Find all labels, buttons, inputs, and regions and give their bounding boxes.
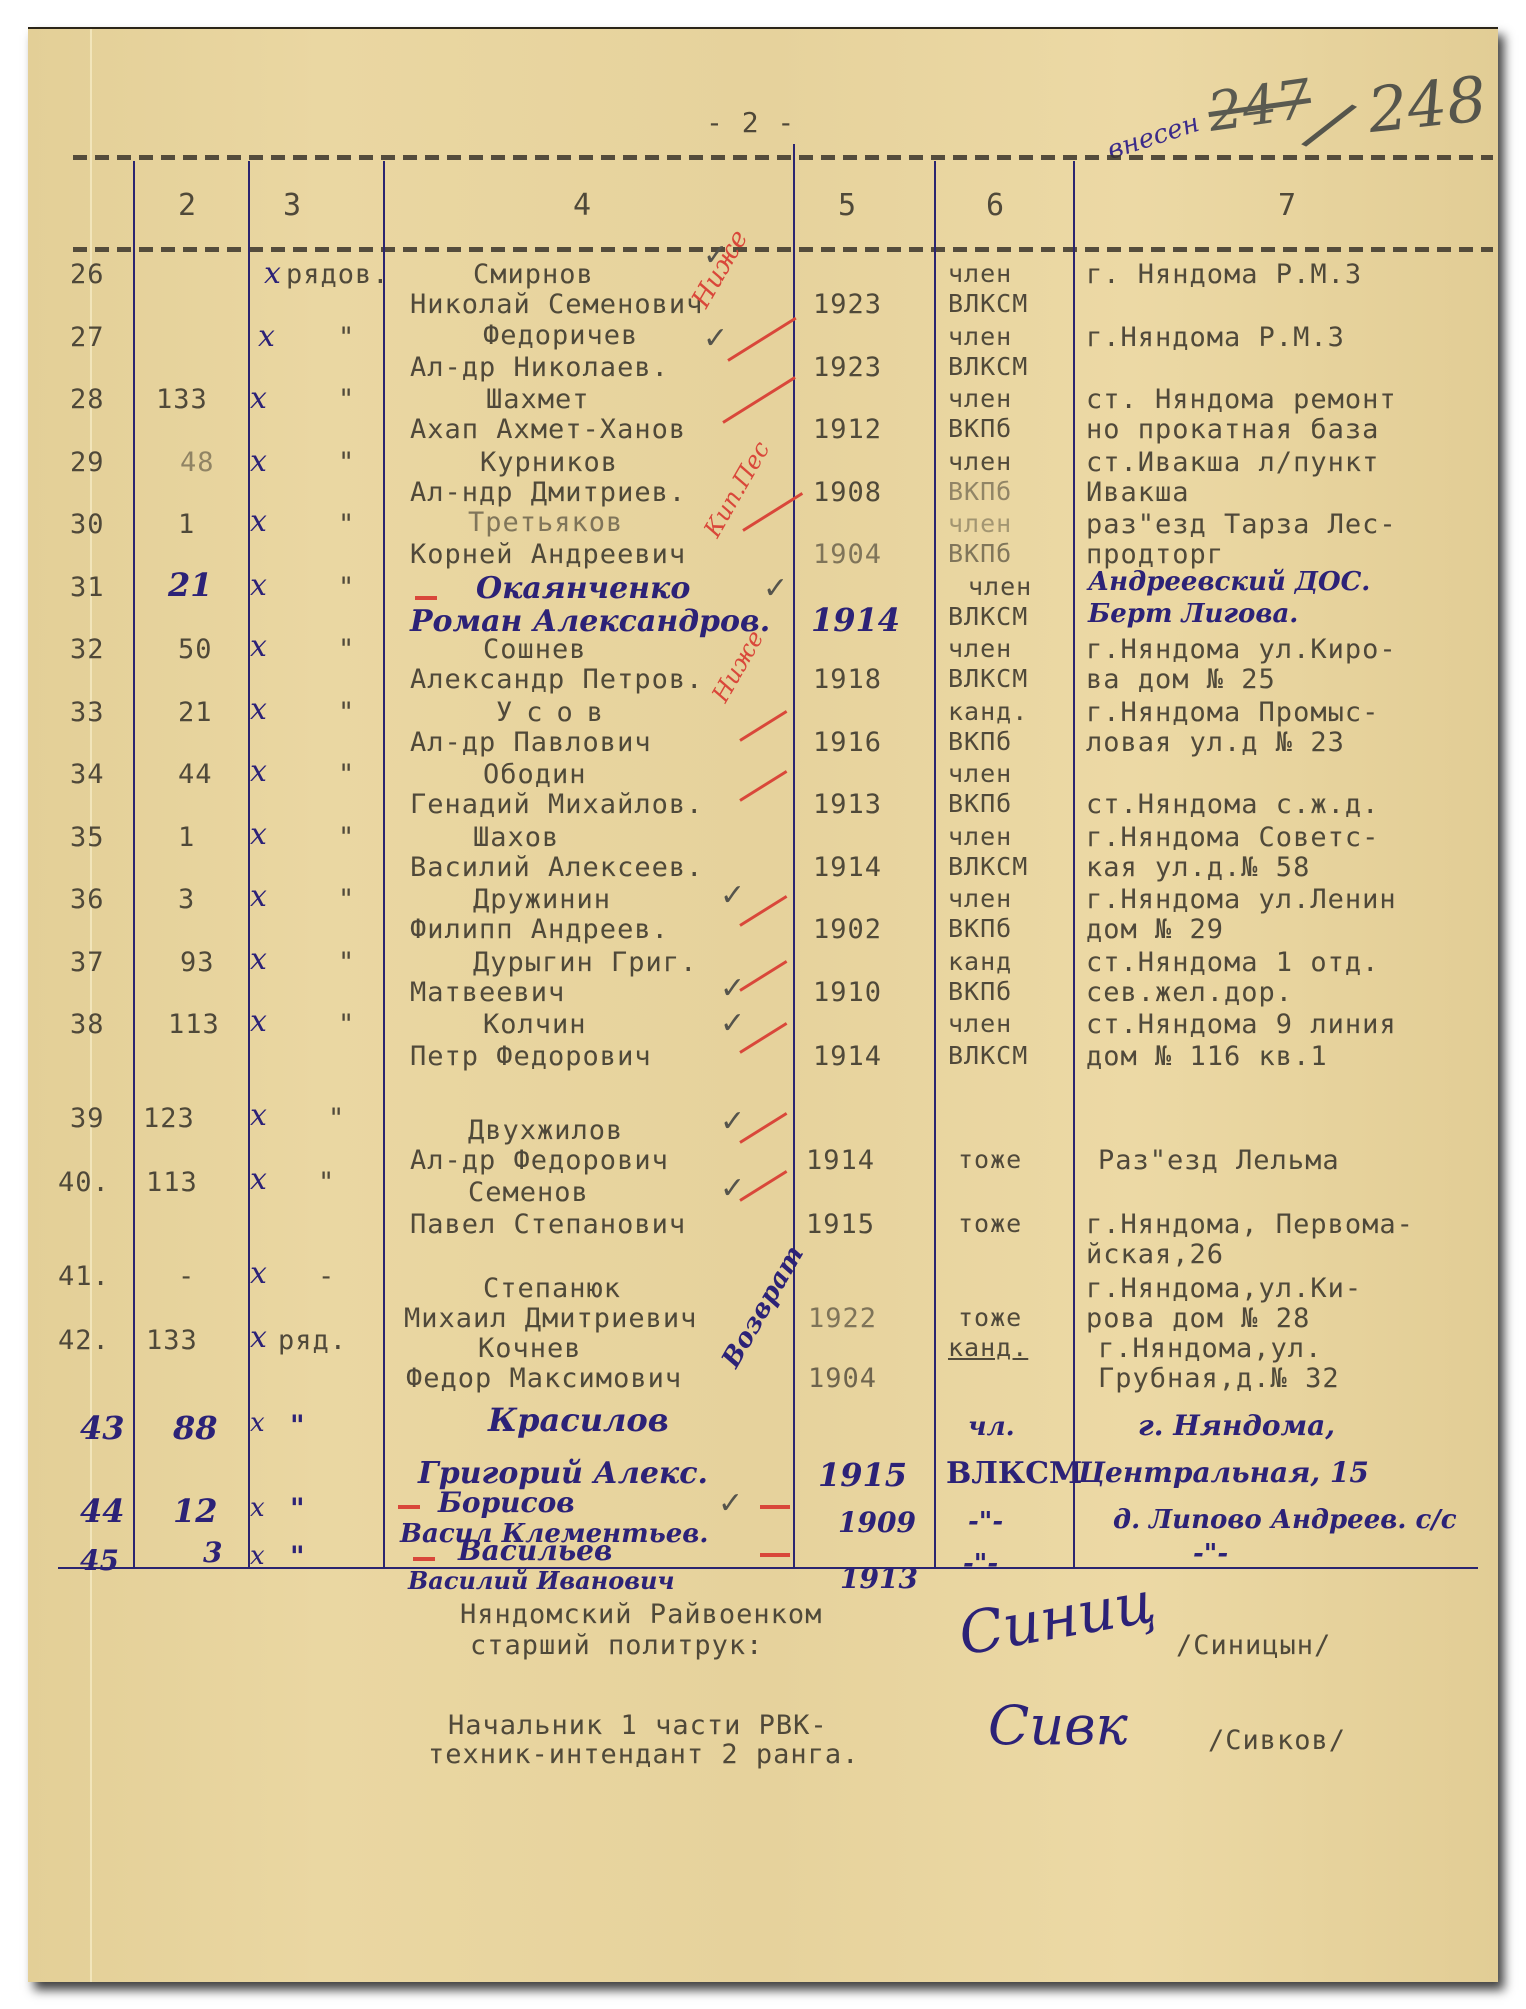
column-header-7: 7 bbox=[1278, 191, 1297, 221]
party-status: канд. bbox=[948, 699, 1028, 724]
rank: " bbox=[290, 1543, 305, 1571]
unit-number: 88 bbox=[173, 1412, 218, 1444]
rank: " bbox=[290, 1412, 305, 1440]
address-line1: г.Няндома ул.Киро- bbox=[1086, 636, 1397, 663]
unit-number: 48 bbox=[180, 449, 215, 476]
table-top-rule bbox=[73, 155, 1493, 160]
signatory-title-4: техник-интендант 2 ранга. bbox=[428, 1741, 859, 1768]
rank: " bbox=[338, 386, 355, 413]
party-status: член bbox=[948, 386, 1012, 411]
address-line2: ловая ул.д № 23 bbox=[1086, 729, 1345, 756]
rank: " bbox=[338, 511, 355, 538]
address-line1: -"- bbox=[1193, 1541, 1228, 1567]
unit-number: 113 bbox=[168, 1011, 220, 1038]
address-line1: г.Няндома, Первома- bbox=[1086, 1211, 1414, 1238]
row-number: 28 bbox=[70, 386, 105, 413]
rank: " bbox=[338, 574, 355, 601]
rank: ряд. bbox=[278, 1327, 347, 1354]
x-mark: x bbox=[250, 447, 267, 477]
party-status: член bbox=[968, 574, 1032, 599]
party-org: тоже bbox=[958, 1211, 1022, 1236]
party-status: член bbox=[948, 261, 1012, 286]
surname: Смирнов bbox=[473, 261, 594, 288]
surname: Третьяков bbox=[468, 509, 623, 536]
column-divider bbox=[1073, 161, 1075, 1567]
table-bottom-line bbox=[58, 1567, 1478, 1569]
row-number: 37 bbox=[70, 949, 105, 976]
party-org: ВЛКСМ bbox=[948, 354, 1028, 379]
party-status: член bbox=[948, 324, 1012, 349]
surname: Красилов bbox=[488, 1404, 669, 1436]
x-mark: x bbox=[250, 507, 267, 537]
address-line2: Грубная,д.№ 32 bbox=[1098, 1365, 1340, 1392]
x-mark: x bbox=[258, 322, 275, 352]
column-divider bbox=[793, 144, 795, 1567]
rank: " bbox=[338, 886, 355, 913]
x-mark: x bbox=[250, 571, 267, 601]
row-number: 36 bbox=[70, 886, 105, 913]
party-org: ВЛКСМ bbox=[948, 1043, 1028, 1068]
surname: Семенов bbox=[468, 1179, 589, 1206]
table-header-rule bbox=[73, 247, 1493, 252]
address-line1: ст. Няндома ремонт bbox=[1086, 386, 1397, 413]
address-line2: но прокатная база bbox=[1086, 416, 1379, 443]
birth-year: 1918 bbox=[813, 666, 882, 693]
rank: " bbox=[338, 324, 355, 351]
red-dash-mark bbox=[760, 1505, 790, 1509]
x-mark: x bbox=[250, 820, 267, 850]
rank: " bbox=[338, 449, 355, 476]
x-mark: x bbox=[264, 259, 281, 289]
x-mark: x bbox=[250, 1410, 265, 1436]
given-name: Филипп Андреев. bbox=[410, 916, 669, 943]
address-line1: ст.Ивакша л/пункт bbox=[1086, 449, 1379, 476]
address-line1: г.Няндома Советс- bbox=[1086, 824, 1379, 851]
surname-handwritten: Окаянченко bbox=[476, 574, 690, 604]
column-header-4: 4 bbox=[573, 191, 592, 221]
row-number: 43 bbox=[80, 1412, 125, 1444]
check-mark: ✓ bbox=[763, 574, 788, 604]
red-dash-mark bbox=[415, 596, 437, 600]
unit-number: 133 bbox=[146, 1327, 198, 1354]
red-ditto-mark bbox=[739, 1022, 787, 1054]
surname: Кочнев bbox=[478, 1335, 582, 1362]
address-line2: продторг bbox=[1086, 541, 1224, 568]
unit-number: 93 bbox=[180, 949, 215, 976]
row-number: 29 bbox=[70, 449, 105, 476]
party-org: ВКПб bbox=[948, 916, 1012, 941]
surname: Ободин bbox=[483, 761, 587, 788]
birth-year: 1910 bbox=[813, 979, 882, 1006]
party-org: тоже bbox=[958, 1305, 1022, 1330]
given-name: Василий Иванович bbox=[408, 1569, 675, 1593]
birth-year: 1923 bbox=[813, 291, 882, 318]
party-org: ВКПб bbox=[948, 791, 1012, 816]
red-ditto-mark bbox=[727, 317, 796, 362]
given-name: Петр Федорович bbox=[410, 1043, 652, 1070]
column-header-5: 5 bbox=[838, 191, 857, 221]
check-mark: ✓ bbox=[720, 881, 745, 911]
surname: Степанюк bbox=[483, 1275, 621, 1302]
red-ditto-mark bbox=[739, 895, 787, 927]
surname: Федоричев bbox=[483, 322, 638, 349]
unit-number: 1 bbox=[178, 824, 195, 851]
given-name: Михаил Дмитриевич bbox=[404, 1305, 697, 1332]
x-mark: x bbox=[250, 1543, 265, 1569]
birth-year: 1914 bbox=[813, 1043, 882, 1070]
address-line2: Раз"езд Лельма bbox=[1098, 1147, 1340, 1174]
rank: " bbox=[338, 1011, 355, 1038]
given-name: Генадий Михайлов. bbox=[410, 791, 703, 818]
surname: Борисов bbox=[438, 1489, 575, 1517]
given-name: Павел Степанович bbox=[410, 1211, 686, 1238]
x-mark: x bbox=[250, 1323, 267, 1353]
row-number: 33 bbox=[70, 699, 105, 726]
birth-year: 1904 bbox=[813, 541, 882, 568]
party-org: ВКПб bbox=[948, 479, 1012, 504]
red-ditto-mark bbox=[739, 1170, 787, 1202]
x-mark: x bbox=[250, 945, 267, 975]
birth-year: 1912 bbox=[813, 416, 882, 443]
birth-year: 1916 bbox=[813, 729, 882, 756]
address-line1: ст.Няндома 1 отд. bbox=[1086, 949, 1379, 976]
party-status: член bbox=[948, 824, 1012, 849]
party-org: ВКПб bbox=[948, 979, 1012, 1004]
rank: " bbox=[338, 699, 355, 726]
birth-year: 1909 bbox=[838, 1509, 916, 1537]
birth-year: 1915 bbox=[818, 1459, 907, 1491]
column-divider bbox=[248, 161, 250, 1567]
address-line2: Центральная, 15 bbox=[1078, 1459, 1369, 1487]
check-mark: ✓ bbox=[720, 1107, 745, 1137]
address-line2: йская,26 bbox=[1086, 1241, 1224, 1268]
party-status: член bbox=[948, 761, 1012, 786]
given-name: Ал-др Федорович bbox=[410, 1147, 669, 1174]
rank: " bbox=[338, 824, 355, 851]
rank: " bbox=[290, 1495, 305, 1523]
x-mark: x bbox=[250, 1165, 267, 1195]
rank: " bbox=[338, 761, 355, 788]
row-number: 38 bbox=[70, 1011, 105, 1038]
row-number: 41. bbox=[58, 1263, 110, 1290]
birth-year: 1915 bbox=[806, 1211, 875, 1238]
unit-number: 133 bbox=[156, 386, 208, 413]
given-name: Матвеевич bbox=[410, 979, 565, 1006]
x-mark: x bbox=[250, 632, 267, 662]
signatory-title-1: Няндомский Райвоенком bbox=[460, 1601, 822, 1628]
row-number: 44 bbox=[80, 1495, 125, 1527]
unit-number: 3 bbox=[178, 886, 195, 913]
unit-number: - bbox=[178, 1263, 195, 1290]
red-ditto-mark bbox=[722, 376, 796, 424]
row-number: 34 bbox=[70, 761, 105, 788]
unit-number: 12 bbox=[173, 1495, 218, 1527]
signature-1: Синиц bbox=[954, 1572, 1159, 1663]
surname: Курников bbox=[480, 449, 618, 476]
birth-year: 1914 bbox=[806, 1147, 875, 1174]
party-status: канд. bbox=[948, 1335, 1028, 1360]
address-line2: сев.жел.дор. bbox=[1086, 979, 1293, 1006]
party-org: -"- bbox=[963, 1551, 998, 1577]
red-ditto-mark bbox=[739, 710, 787, 742]
party-status: канд bbox=[948, 949, 1012, 974]
red-ditto-mark bbox=[739, 1112, 787, 1144]
row-number: 30 bbox=[70, 511, 105, 538]
given-name: Александр Петров. bbox=[410, 666, 703, 693]
row-number: 42. bbox=[58, 1327, 110, 1354]
surname: Шахмет bbox=[486, 386, 590, 413]
check-mark: ✓ bbox=[703, 324, 728, 354]
rank: - bbox=[318, 1263, 335, 1290]
row-number: 45 bbox=[80, 1547, 119, 1575]
signatory-title-2: старший политрук: bbox=[470, 1632, 763, 1659]
archive-number-crossed: 247 bbox=[1205, 72, 1315, 140]
address-line1: г.Няндома ул.Ленин bbox=[1086, 886, 1397, 913]
rank: рядов. bbox=[286, 261, 390, 288]
party-status: член bbox=[948, 636, 1012, 661]
given-name: Ал-ндр Дмитриев. bbox=[410, 479, 686, 506]
address-line2: дом № 29 bbox=[1086, 916, 1224, 943]
column-divider bbox=[133, 161, 135, 1567]
surname: Васильев bbox=[458, 1537, 612, 1565]
address-line1: г.Няндома,ул. bbox=[1098, 1335, 1322, 1362]
address-line2: ст.Няндома с.ж.д. bbox=[1086, 791, 1379, 818]
party-org: ВЛКСМ bbox=[948, 666, 1028, 691]
x-mark: x bbox=[250, 1007, 267, 1037]
surname: Дурыгин Григ. bbox=[473, 949, 697, 976]
column-divider bbox=[383, 161, 385, 1567]
birth-year: 1902 bbox=[813, 916, 882, 943]
surname: Сошнев bbox=[483, 636, 587, 663]
birth-year: 1914 bbox=[813, 854, 882, 881]
signatory-name-1: /Синицын/ bbox=[1176, 1632, 1331, 1659]
surname: Колчин bbox=[483, 1011, 587, 1038]
birth-year: 1904 bbox=[808, 1365, 877, 1392]
unit-number: 3 bbox=[203, 1539, 222, 1567]
unit-number: 123 bbox=[143, 1105, 195, 1132]
signatory-name-2: /Сивков/ bbox=[1208, 1727, 1346, 1754]
party-org: ВКПб bbox=[948, 541, 1012, 566]
surname: Двухжилов bbox=[468, 1117, 623, 1144]
column-divider bbox=[934, 161, 936, 1567]
given-name: Федор Максимович bbox=[406, 1365, 682, 1392]
archive-number: 248 bbox=[1365, 68, 1489, 142]
x-mark: x bbox=[250, 757, 267, 787]
row-number: 32 bbox=[70, 636, 105, 663]
rank: " bbox=[328, 1105, 345, 1132]
birth-year: 1913 bbox=[840, 1565, 918, 1593]
page-number: - 2 - bbox=[706, 109, 795, 137]
archival-document-page: - 2 - внесен 247 248 / 2 3 4 5 6 7 26 x … bbox=[28, 27, 1498, 1982]
row-number: 26 bbox=[70, 261, 105, 288]
unit-number: 113 bbox=[146, 1169, 198, 1196]
party-org: ВЛКСМ bbox=[946, 1459, 1082, 1489]
row-number: 31 bbox=[70, 574, 105, 601]
red-annotation: Кип.Пес bbox=[700, 437, 774, 541]
party-status: член bbox=[948, 1011, 1012, 1036]
signatory-title-3: Начальник 1 части РВК- bbox=[448, 1712, 828, 1739]
address-line1: г.Няндома,ул.Ки- bbox=[1086, 1275, 1362, 1302]
address-line1: раз"езд Тарза Лес- bbox=[1086, 511, 1397, 538]
given-name: Корней Андреевич bbox=[410, 541, 686, 568]
surname: Усов bbox=[496, 699, 617, 726]
red-dash-mark bbox=[760, 1553, 790, 1557]
x-mark: x bbox=[250, 1101, 267, 1131]
unit-number-handwritten: 21 bbox=[168, 569, 213, 601]
check-mark: ✓ bbox=[703, 241, 728, 271]
surname: Шахов bbox=[473, 824, 559, 851]
party-org: ВЛКСМ bbox=[948, 854, 1028, 879]
given-name: Василий Алексеев. bbox=[410, 854, 703, 881]
birth-year: 1913 bbox=[813, 791, 882, 818]
address-line1: д. Липово Андреев. с/с bbox=[1113, 1507, 1457, 1533]
row-number: 27 bbox=[70, 324, 105, 351]
party-org: -"- bbox=[968, 1509, 1003, 1535]
x-mark: x bbox=[250, 882, 267, 912]
birth-year: 1923 bbox=[813, 354, 882, 381]
x-mark: x bbox=[250, 695, 267, 725]
unit-number: 44 bbox=[178, 761, 213, 788]
check-mark: ✓ bbox=[718, 1489, 743, 1519]
party-org: ВКПб bbox=[948, 729, 1012, 754]
address-line1: г. Няндома, bbox=[1138, 1412, 1335, 1440]
address-line1: ст.Няндома 9 линия bbox=[1086, 1011, 1397, 1038]
address-handwritten-2: Берт Лигова. bbox=[1088, 601, 1298, 627]
column-header-2: 2 bbox=[178, 191, 197, 221]
row-number: 39 bbox=[70, 1105, 105, 1132]
x-mark: x bbox=[250, 1495, 265, 1521]
rank: " bbox=[338, 949, 355, 976]
given-name: Николай Семенович bbox=[410, 291, 703, 318]
address-line2: рова дом № 28 bbox=[1086, 1305, 1310, 1332]
row-number: 35 bbox=[70, 824, 105, 851]
party-org: ВКПб bbox=[948, 416, 1012, 441]
signature-2: Сивк bbox=[988, 1699, 1128, 1753]
birth-year: 1922 bbox=[808, 1305, 877, 1332]
given-name: Григорий Алекс. bbox=[418, 1459, 708, 1489]
x-mark: x bbox=[250, 384, 267, 414]
given-name-handwritten: Роман Александров. bbox=[410, 607, 770, 637]
surname: Дружинин bbox=[473, 886, 611, 913]
red-dash-mark bbox=[398, 1505, 420, 1509]
party-status: член bbox=[948, 449, 1012, 474]
rank: " bbox=[338, 636, 355, 663]
address-line2: дом № 116 кв.1 bbox=[1086, 1043, 1328, 1070]
party-status: член bbox=[948, 886, 1012, 911]
column-header-3: 3 bbox=[283, 191, 302, 221]
party-org: тоже bbox=[958, 1147, 1022, 1172]
red-ditto-mark bbox=[739, 770, 787, 802]
party-org: ВЛКСМ bbox=[948, 604, 1028, 629]
address-handwritten-1: Андреевский ДОС. bbox=[1088, 569, 1370, 595]
given-name: Ал-др Павлович bbox=[410, 729, 652, 756]
address-line1: г.Няндома Р.М.3 bbox=[1086, 324, 1345, 351]
unit-number: 50 bbox=[178, 636, 213, 663]
red-dash-mark bbox=[413, 1557, 435, 1561]
row-number: 40. bbox=[58, 1169, 110, 1196]
address-line1: г. Няндома Р.М.3 bbox=[1086, 261, 1362, 288]
given-name: Ал-др Николаев. bbox=[410, 354, 669, 381]
x-mark: x bbox=[250, 1259, 267, 1289]
given-name: Ахап Ахмет-Ханов bbox=[410, 416, 686, 443]
party-status: член bbox=[948, 511, 1012, 536]
column-header-6: 6 bbox=[986, 191, 1005, 221]
address-line2: кая ул.д.№ 58 bbox=[1086, 854, 1310, 881]
party-status: чл. bbox=[968, 1414, 1015, 1440]
rank: " bbox=[318, 1169, 335, 1196]
red-ditto-mark bbox=[739, 960, 787, 992]
check-mark: ✓ bbox=[720, 1009, 745, 1039]
unit-number: 1 bbox=[178, 511, 195, 538]
address-line1: г.Няндома Промыс- bbox=[1086, 699, 1379, 726]
address-line2: ва дом № 25 bbox=[1086, 666, 1276, 693]
birth-year: 1908 bbox=[813, 479, 882, 506]
unit-number: 21 bbox=[178, 699, 213, 726]
birth-year-handwritten: 1914 bbox=[811, 604, 900, 636]
party-org: ВЛКСМ bbox=[948, 291, 1028, 316]
address-line2: Ивакша bbox=[1086, 479, 1190, 506]
